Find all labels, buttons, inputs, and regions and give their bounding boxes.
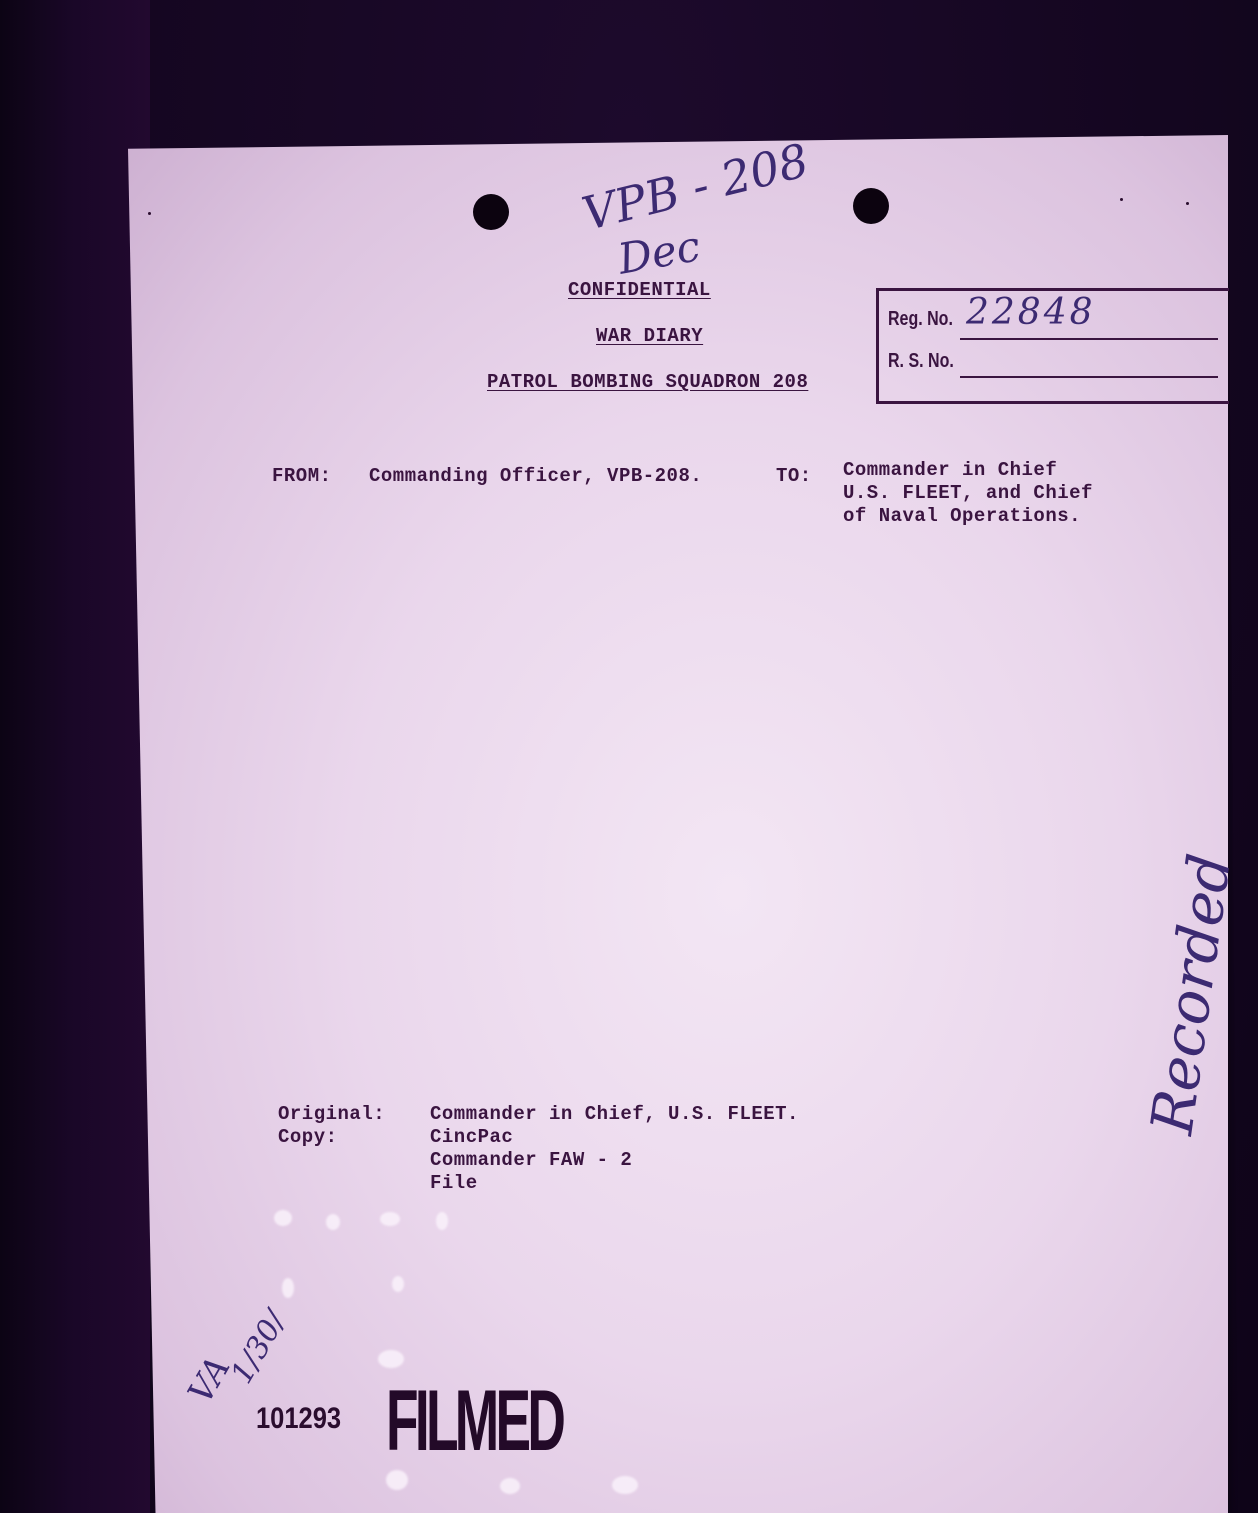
punch-hole-right bbox=[853, 188, 889, 224]
original-label: Original: bbox=[278, 1104, 385, 1126]
to-line-2: U.S. FLEET, and Chief bbox=[843, 483, 1093, 505]
unit-heading: PATROL BOMBING SQUADRON 208 bbox=[487, 372, 808, 394]
film-number: 101293 bbox=[256, 1402, 341, 1436]
emboss-mark bbox=[436, 1212, 448, 1230]
emboss-mark bbox=[282, 1278, 294, 1298]
emboss-mark bbox=[386, 1470, 408, 1490]
reg-no-value: 22848 bbox=[966, 292, 1096, 333]
to-line-1: Commander in Chief bbox=[843, 460, 1057, 482]
emboss-mark bbox=[500, 1478, 520, 1494]
speck bbox=[1120, 198, 1123, 201]
from-label: FROM: bbox=[272, 466, 332, 488]
to-label: TO: bbox=[776, 466, 812, 488]
reg-no-label: Reg. No. bbox=[888, 308, 953, 331]
to-line-3: of Naval Operations. bbox=[843, 506, 1081, 528]
copy-label: Copy: bbox=[278, 1127, 338, 1149]
rs-no-label: R. S. No. bbox=[888, 350, 954, 373]
copy-1: CincPac bbox=[430, 1127, 513, 1149]
emboss-mark bbox=[612, 1476, 638, 1494]
emboss-mark bbox=[378, 1350, 404, 1368]
emboss-mark bbox=[392, 1276, 404, 1292]
emboss-mark bbox=[326, 1214, 340, 1230]
emboss-mark bbox=[274, 1210, 292, 1226]
emboss-mark bbox=[380, 1212, 400, 1226]
film-edge bbox=[0, 0, 150, 1513]
classification-heading: CONFIDENTIAL bbox=[568, 280, 711, 302]
copy-3: File bbox=[430, 1173, 478, 1195]
from-value: Commanding Officer, VPB-208. bbox=[369, 466, 702, 488]
punch-hole-left bbox=[473, 194, 509, 230]
document-title: WAR DIARY bbox=[596, 326, 703, 348]
speck bbox=[1186, 202, 1189, 205]
speck bbox=[148, 212, 151, 215]
original-value: Commander in Chief, U.S. FLEET. bbox=[430, 1104, 799, 1126]
rs-no-line bbox=[960, 376, 1218, 378]
filmed-stamp: FILMED bbox=[386, 1378, 562, 1464]
reg-no-line bbox=[960, 338, 1218, 340]
copy-2: Commander FAW - 2 bbox=[430, 1150, 632, 1172]
